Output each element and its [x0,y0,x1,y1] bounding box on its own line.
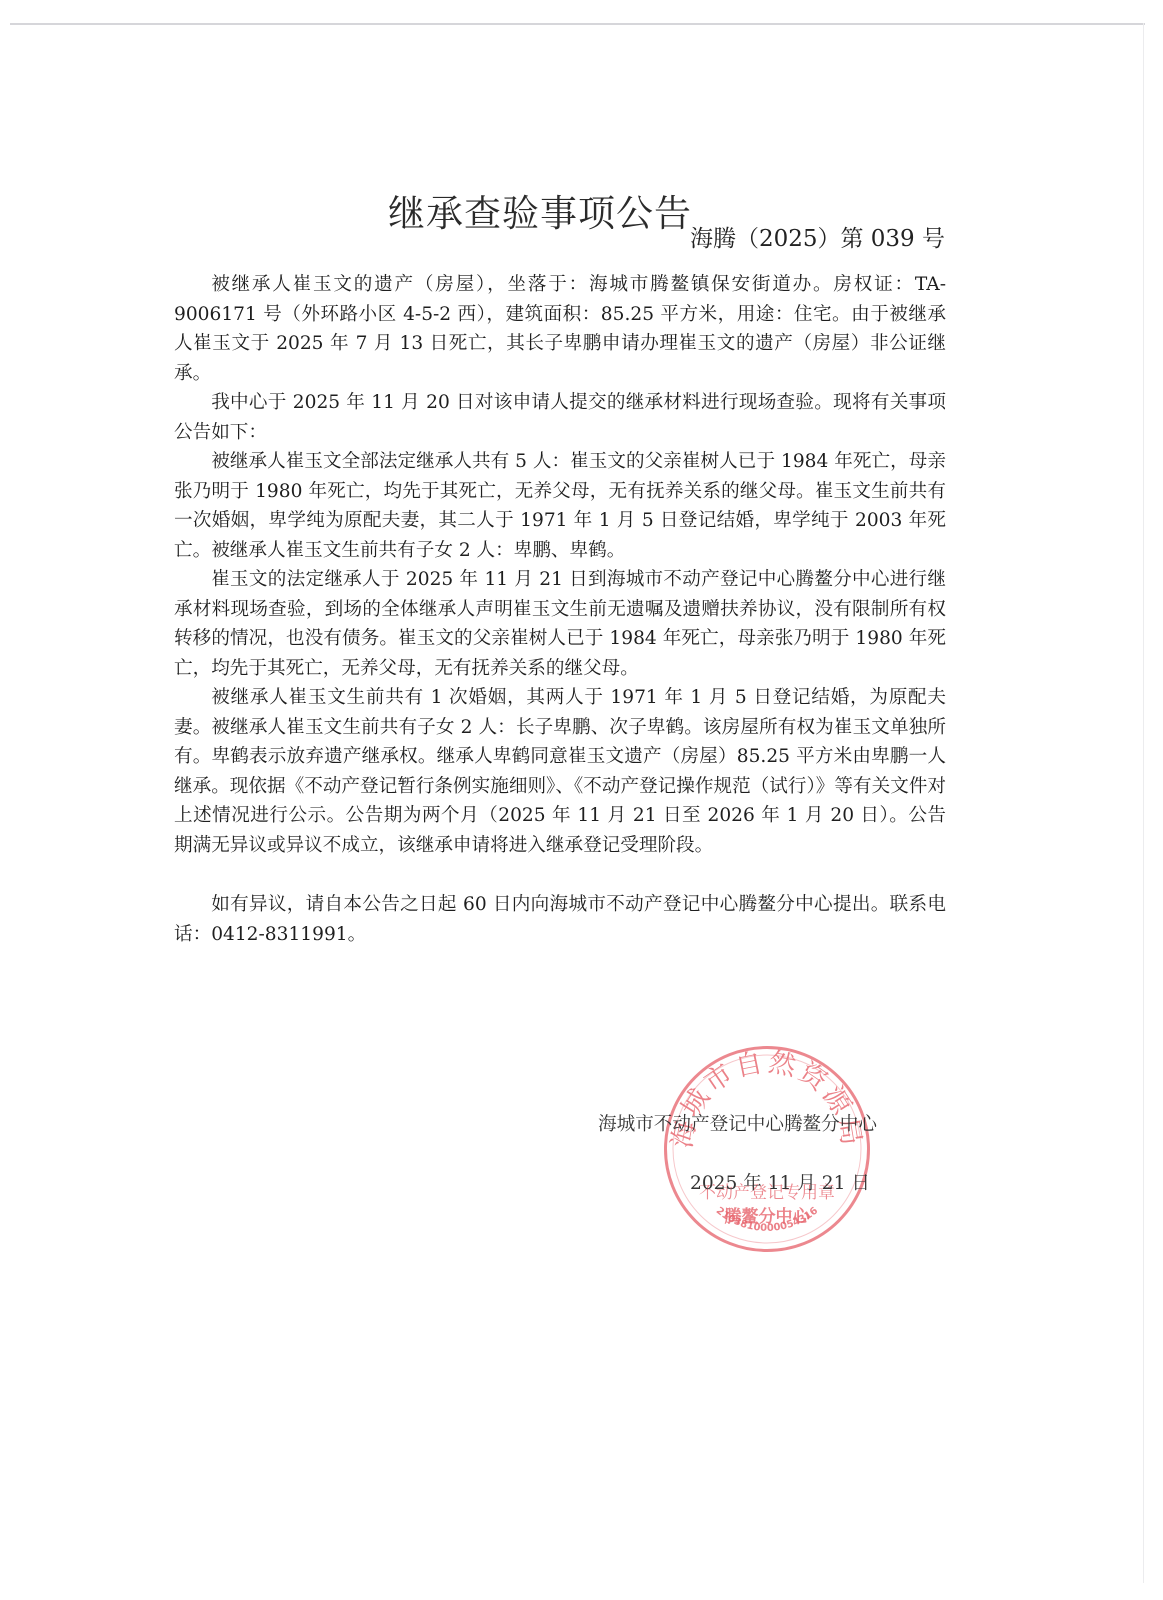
paragraph-property: 被继承人崔玉文的遗产（房屋），坐落于：海城市腾鳌镇保安街道办。房权证：TA-90… [174,270,946,388]
scan-edge-top [10,23,1145,25]
paragraph-objection-contact: 如有异议，请自本公告之日起 60 日内向海城市不动产登记中心腾鳌分中心提出。联系… [174,890,946,949]
official-seal: 海城市自然资源局 不动产登记专用章 腾鳌分中心 2103810000054316 [664,1046,870,1252]
paragraph-inspection: 我中心于 2025 年 11 月 20 日对该申请人提交的继承材料进行现场查验。… [174,388,946,447]
paragraph-heirs: 被继承人崔玉文全部法定继承人共有 5 人：崔玉文的父亲崔树人已于 1984 年死… [174,447,946,565]
scan-edge-right [1143,23,1144,1583]
seal-graphic: 海城市自然资源局 不动产登记专用章 腾鳌分中心 2103810000054316 [664,1046,870,1252]
document-number: 海腾（2025）第 039 号 [690,220,945,253]
document-body: 被继承人崔玉文的遗产（房屋），坐落于：海城市腾鳌镇保安街道办。房权证：TA-90… [174,270,946,949]
signature-organization: 海城市不动产登记中心腾鳌分中心 [598,1110,877,1136]
paragraph-marriage-publicity: 被继承人崔玉文生前共有 1 次婚姻，其两人于 1971 年 1 月 5 日登记结… [174,683,946,860]
signature-date: 2025 年 11 月 21 日 [690,1169,870,1195]
paragraph-declaration: 崔玉文的法定继承人于 2025 年 11 月 21 日到海城市不动产登记中心腾鳌… [174,565,946,683]
